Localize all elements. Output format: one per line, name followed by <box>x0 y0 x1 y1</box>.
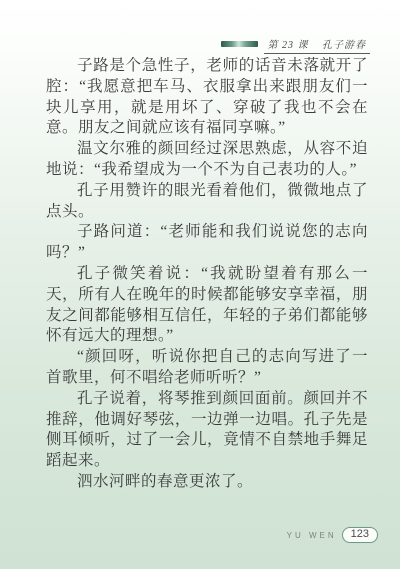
page-footer: YU WEN 123 <box>287 527 378 543</box>
page-number-badge: 123 <box>342 527 378 543</box>
subject-label: YU WEN <box>287 531 337 540</box>
paragraph: 孔子用赞许的眼光看着他们，微微地点了点头。 <box>46 181 368 223</box>
paragraph: 孔子微笑着说：“我就盼望着有那么一天，所有人在晚年的时候都能够安享幸福，朋友之间… <box>46 264 368 347</box>
paragraph: 子路是个急性子，老师的话音未落就开了腔：“我愿意把车马、衣服拿出来跟朋友们一块儿… <box>46 56 368 139</box>
paragraph: 孔子说着，将琴推到颜回面前。颜回并不推辞，他调好琴弦，一边弹一边唱。孔子先是侧耳… <box>46 389 368 472</box>
header-bar-icon <box>221 41 258 47</box>
paragraph: 温文尔雅的颜回经过深思熟虑，从容不迫地说：“我希望成为一个不为自己表功的人。” <box>46 139 368 181</box>
textbook-page: { "header": { "lesson_label": "第 23 课", … <box>0 0 400 569</box>
lesson-text-block: 子路是个急性子，老师的话音未落就开了腔：“我愿意把车马、衣服拿出来跟朋友们一块儿… <box>46 56 368 493</box>
paragraph: 子路问道：“老师能和我们说说您的志向吗？” <box>46 222 368 264</box>
paragraph: 泗水河畔的春意更浓了。 <box>46 472 368 493</box>
page-header: 第 23 课 孔子游春 <box>221 36 371 54</box>
lesson-number: 第 23 课 <box>268 40 309 51</box>
header-text: 第 23 课 孔子游春 <box>264 36 371 54</box>
lesson-title: 孔子游春 <box>322 40 366 51</box>
paragraph: “颜回呀，听说你把自己的志向写进了一首歌里，何不唱给老师听听？” <box>46 347 368 389</box>
